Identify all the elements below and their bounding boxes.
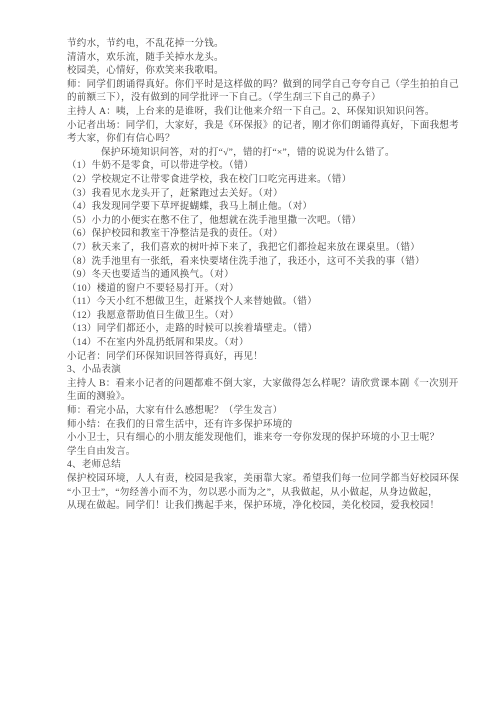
text-line: （8）洗手池里有一张纸，看来快要堵住洗手池了，我还小，这可不关我的事（错） bbox=[67, 256, 478, 270]
text-line: 清清水，欢乐流，随手关掉水龙头。 bbox=[67, 52, 478, 66]
text-line: （2）学校规定不让带零食进学校，我在校门口吃完再进来。（错） bbox=[67, 174, 478, 188]
text-line: 师：看完小品，大家有什么感想呢？（学生发言） bbox=[67, 405, 478, 419]
text-line: 师：同学们朗诵得真好。你们平时是这样做的吗？做到的同学自己夸夸自己（学生拍拍自己 bbox=[67, 79, 478, 93]
text-line: （10）楼道的窗户不要轻易打开。（对） bbox=[67, 283, 478, 297]
text-line: 小小卫士，只有细心的小朋友能发现他们，谁来夸一夸你发现的保护环境的小卫士呢？ bbox=[67, 432, 478, 446]
text-line: （3）我看见水龙头开了，赶紧跑过去关好。（对） bbox=[67, 188, 478, 202]
text-line: （7）秋天来了，我们喜欢的树叶掉下来了，我把它们都捡起来放在课桌里。（错） bbox=[67, 242, 478, 256]
text-line: 的前额三下），没有做到的同学批评一下自己。（学生刮三下自己的鼻子） bbox=[67, 92, 478, 106]
text-line: 节约水，节约电，不乱花掉一分钱。 bbox=[67, 38, 478, 52]
text-line: 主持人 B：看来小记者的问题都难不倒大家，大家做得怎么样呢？请欣赏课本剧《一次别… bbox=[67, 378, 478, 392]
text-line: （9）冬天也要适当的通风换气。（对） bbox=[67, 269, 478, 283]
text-line: 考大家，你们有信心吗？ bbox=[67, 133, 478, 147]
text-line: （11）今天小红不想做卫生，赶紧找个人来替她做。（错） bbox=[67, 296, 478, 310]
text-line: 师小结：在我们的日常生活中，还有许多保护环境的 bbox=[67, 419, 478, 433]
text-line: 保护校园环境，人人有责，校园是我家，美丽靠大家。希望我们每一位同学都当好校园环保 bbox=[67, 473, 478, 487]
text-line: （12）我愿意帮助值日生做卫生。（对） bbox=[67, 310, 478, 324]
text-line: （6）保护校园和教室干净整洁是我的责任。（对） bbox=[67, 228, 478, 242]
text-line: 4、老师总结 bbox=[67, 459, 478, 473]
text-line: 生面的测验》。 bbox=[67, 391, 478, 405]
text-line: 主持人 A：咦，上台来的是谁呀，我们让他来介绍一下自己。2、环保知识知识问答。 bbox=[67, 106, 478, 120]
text-line: 从现在做起。同学们！让我们携起手来，保护环境，净化校园，美化校园，爱我校园！ bbox=[67, 500, 478, 514]
document-page: 节约水，节约电，不乱花掉一分钱。清清水，欢乐流，随手关掉水龙头。校园美，心情好，… bbox=[0, 0, 500, 707]
text-line: 3、小品表演 bbox=[67, 364, 478, 378]
text-line: 小记者：同学们环保知识回答得真好，再见！ bbox=[67, 351, 478, 365]
text-line: （13）同学们都还小，走路的时候可以挨着墙壁走。（错） bbox=[67, 323, 478, 337]
text-line: 校园美，心情好，你欢笑来我歌唱。 bbox=[67, 65, 478, 79]
text-line: 保护环境知识问答，对的打“√”，错的打“×”，错的说说为什么错了。 bbox=[67, 147, 478, 161]
text-line: （5）小力的小便实在憋不住了，他想就在洗手池里撒一次吧。（错） bbox=[67, 215, 478, 229]
document-body: 节约水，节约电，不乱花掉一分钱。清清水，欢乐流，随手关掉水龙头。校园美，心情好，… bbox=[67, 38, 478, 514]
text-line: （14）不在室内外乱扔纸屑和果皮。（对） bbox=[67, 337, 478, 351]
text-line: （1）牛奶不是零食，可以带进学校。（错） bbox=[67, 160, 478, 174]
text-line: （4）我发现同学要下草坪捉蝴蝶，我马上制止他。（对） bbox=[67, 201, 478, 215]
text-line: 学生自由发言。 bbox=[67, 446, 478, 460]
text-line: “小卫士”，“勿经善小而不为，勿以恶小而为之”，从我做起，从小做起，从身边做起， bbox=[67, 487, 478, 501]
text-line: 小记者出场：同学们，大家好，我是《环保报》的记者，刚才你们朗诵得真好，下面我想考 bbox=[67, 120, 478, 134]
